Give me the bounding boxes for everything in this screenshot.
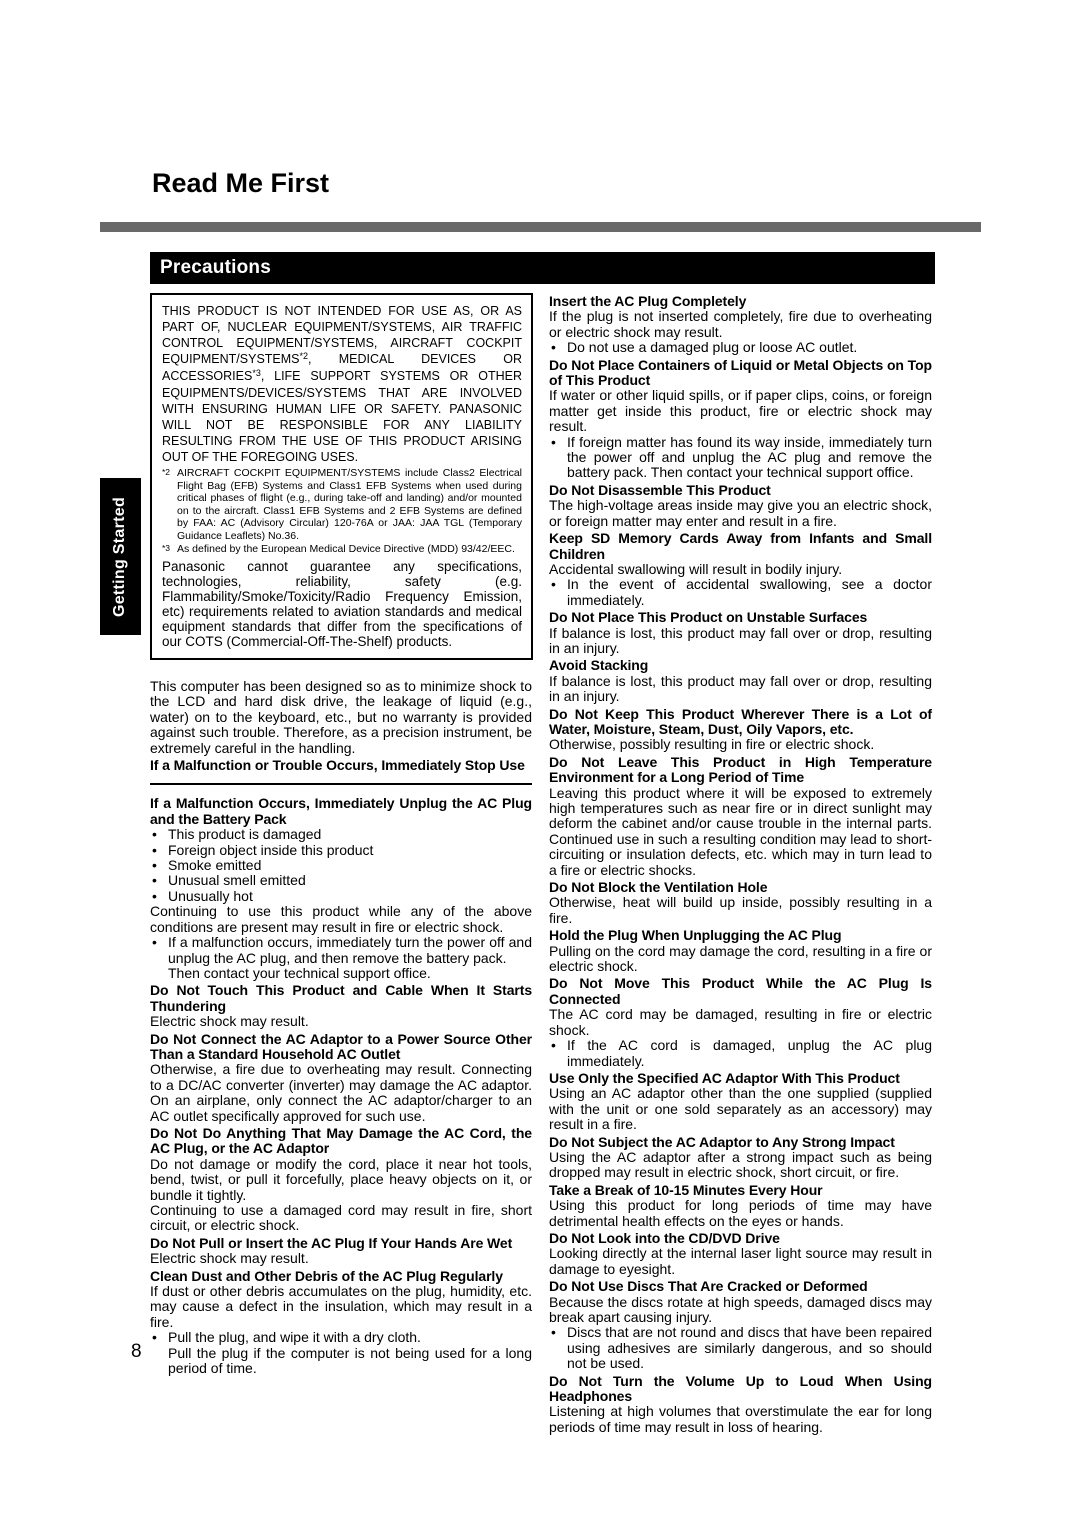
body-paragraph: Continuing to use this product while any… xyxy=(150,904,532,935)
precaution-heading: Do Not Connect the AC Adaptor to a Power… xyxy=(150,1032,532,1063)
bullet-glyph: • xyxy=(150,843,168,858)
footnote-3-text: As defined by the European Medical Devic… xyxy=(177,543,515,555)
footnote-2: *2AIRCRAFT COCKPIT EQUIPMENT/SYSTEMS inc… xyxy=(162,467,522,542)
precaution-heading: Clean Dust and Other Debris of the AC Pl… xyxy=(150,1269,532,1284)
bullet-glyph: • xyxy=(549,1325,567,1371)
bullet-text: Pull the plug, and wipe it with a dry cl… xyxy=(168,1330,532,1376)
page-title: Read Me First xyxy=(152,168,329,199)
precaution-heading: If a Malfunction or Trouble Occurs, Imme… xyxy=(150,758,532,773)
body-paragraph: Do not damage or modify the cord, place … xyxy=(150,1157,532,1203)
title-divider-rule xyxy=(100,222,981,232)
precaution-heading: Do Not Do Anything That May Damage the A… xyxy=(150,1126,532,1157)
bullet-text: If the AC cord is damaged, unplug the AC… xyxy=(567,1038,932,1069)
bullet-list: •If foreign matter has found its way ins… xyxy=(549,435,932,481)
bullet-glyph: • xyxy=(150,827,168,842)
body-paragraph: Leaving this product where it will be ex… xyxy=(549,786,932,878)
footnote-3-marker: *3 xyxy=(162,542,177,555)
precaution-heading: Do Not Use Discs That Are Cracked or Def… xyxy=(549,1279,932,1294)
bullet-text: Do not use a damaged plug or loose AC ou… xyxy=(567,340,932,355)
bullet-glyph: • xyxy=(549,435,567,481)
bullet-item: •This product is damaged xyxy=(150,827,532,842)
bullet-list: •This product is damaged•Foreign object … xyxy=(150,827,532,904)
chapter-tab-label: Getting Started xyxy=(112,496,130,616)
bullet-glyph: • xyxy=(150,873,168,888)
body-paragraph: Listening at high volumes that overstimu… xyxy=(549,1404,932,1435)
section-header-bar: Precautions xyxy=(150,252,935,284)
precaution-heading: Do Not Place Containers of Liquid or Met… xyxy=(549,358,932,389)
bullet-item: •If the AC cord is damaged, unplug the A… xyxy=(549,1038,932,1069)
bullet-item: •Smoke emitted xyxy=(150,858,532,873)
body-paragraph: Pulling on the cord may damage the cord,… xyxy=(549,944,932,975)
bullet-glyph: • xyxy=(150,1330,168,1376)
bullet-item: •Pull the plug, and wipe it with a dry c… xyxy=(150,1330,532,1376)
precaution-heading: Do Not Pull or Insert the AC Plug If You… xyxy=(150,1236,532,1251)
bullet-text: This product is damaged xyxy=(168,827,532,842)
body-paragraph: Otherwise, heat will build up inside, po… xyxy=(549,895,932,926)
body-paragraph: The AC cord may be damaged, resulting in… xyxy=(549,1007,932,1038)
body-paragraph: Electric shock may result. xyxy=(150,1251,532,1266)
bullet-text: If foreign matter has found its way insi… xyxy=(567,435,932,481)
body-paragraph: This computer has been designed so as to… xyxy=(150,679,532,756)
bullet-glyph: • xyxy=(549,1038,567,1069)
bullet-text: Discs that are not round and discs that … xyxy=(567,1325,932,1371)
footnote-2-marker: *2 xyxy=(162,466,177,479)
manual-page: Read Me First Precautions Getting Starte… xyxy=(0,0,1080,1528)
bullet-glyph: • xyxy=(150,858,168,873)
bullet-list: •Pull the plug, and wipe it with a dry c… xyxy=(150,1330,532,1376)
left-column: This computer has been designed so as to… xyxy=(150,679,532,1376)
bullet-text: In the event of accidental swallowing, s… xyxy=(567,577,932,608)
section-divider-rule xyxy=(150,783,532,785)
body-paragraph: If balance is lost, this product may fal… xyxy=(549,626,932,657)
chapter-tab-getting-started: Getting Started xyxy=(100,478,141,635)
bullet-item: •Unusual smell emitted xyxy=(150,873,532,888)
bullet-item: •Do not use a damaged plug or loose AC o… xyxy=(549,340,932,355)
precaution-heading: Do Not Place This Product on Unstable Su… xyxy=(549,610,932,625)
page-number: 8 xyxy=(131,1341,142,1363)
body-paragraph: Electric shock may result. xyxy=(150,1014,532,1029)
footnote-ref-2: *2 xyxy=(300,351,309,361)
section-header-label: Precautions xyxy=(150,257,271,279)
precaution-heading: Use Only the Specified AC Adaptor With T… xyxy=(549,1071,932,1086)
precaution-heading: Do Not Keep This Product Wherever There … xyxy=(549,707,932,738)
body-paragraph: Otherwise, a fire due to overheating may… xyxy=(150,1062,532,1124)
bullet-text: Smoke emitted xyxy=(168,858,532,873)
body-paragraph: Continuing to use a damaged cord may res… xyxy=(150,1203,532,1234)
precaution-heading: Do Not Disassemble This Product xyxy=(549,483,932,498)
bullet-glyph: • xyxy=(549,340,567,355)
precaution-heading: Take a Break of 10-15 Minutes Every Hour xyxy=(549,1183,932,1198)
bullet-list: •In the event of accidental swallowing, … xyxy=(549,577,932,608)
body-paragraph: Looking directly at the internal laser l… xyxy=(549,1246,932,1277)
precaution-heading: Hold the Plug When Unplugging the AC Plu… xyxy=(549,928,932,943)
bullet-item: •Discs that are not round and discs that… xyxy=(549,1325,932,1371)
body-paragraph: If water or other liquid spills, or if p… xyxy=(549,388,932,434)
body-paragraph: If balance is lost, this product may fal… xyxy=(549,674,932,705)
bullet-glyph: • xyxy=(549,577,567,608)
precaution-heading: Do Not Subject the AC Adaptor to Any Str… xyxy=(549,1135,932,1150)
bullet-item: •In the event of accidental swallowing, … xyxy=(549,577,932,608)
footnote-3: *3As defined by the European Medical Dev… xyxy=(162,543,522,556)
bullet-glyph: • xyxy=(150,889,168,904)
notice-closing-paragraph: Panasonic cannot guarantee any specifica… xyxy=(162,559,522,649)
body-paragraph: Accidental swallowing will result in bod… xyxy=(549,562,932,577)
bullet-item: •Foreign object inside this product xyxy=(150,843,532,858)
precaution-heading: Do Not Leave This Product in High Temper… xyxy=(549,755,932,786)
precaution-heading: Do Not Look into the CD/DVD Drive xyxy=(549,1231,932,1246)
bullet-item: •If foreign matter has found its way ins… xyxy=(549,435,932,481)
precaution-heading: Insert the AC Plug Completely xyxy=(549,294,932,309)
precaution-heading: Do Not Touch This Product and Cable When… xyxy=(150,983,532,1014)
body-paragraph: Using the AC adaptor after a strong impa… xyxy=(549,1150,932,1181)
bullet-text: Unusually hot xyxy=(168,889,532,904)
body-paragraph: Using an AC adaptor other than the one s… xyxy=(549,1086,932,1132)
body-paragraph: Otherwise, possibly resulting in fire or… xyxy=(549,737,932,752)
precaution-heading: If a Malfunction Occurs, Immediately Unp… xyxy=(150,796,532,827)
body-paragraph: If dust or other debris accumulates on t… xyxy=(150,1284,532,1330)
bullet-item: •Unusually hot xyxy=(150,889,532,904)
body-paragraph: Using this product for long periods of t… xyxy=(549,1198,932,1229)
right-column: Insert the AC Plug CompletelyIf the plug… xyxy=(549,292,932,1435)
notice-caps-text-3: , LIFE SUPPORT SYSTEMS OR OTHER EQUIPMEN… xyxy=(162,369,522,464)
body-paragraph: If the plug is not inserted completely, … xyxy=(549,309,932,340)
precaution-heading: Do Not Turn the Volume Up to Loud When U… xyxy=(549,1374,932,1405)
bullet-text: Unusual smell emitted xyxy=(168,873,532,888)
precaution-heading: Do Not Move This Product While the AC Pl… xyxy=(549,976,932,1007)
precaution-heading: Keep SD Memory Cards Away from Infants a… xyxy=(549,531,932,562)
bullet-list: •Do not use a damaged plug or loose AC o… xyxy=(549,340,932,355)
bullet-item: •If a malfunction occurs, immediately tu… xyxy=(150,935,532,981)
bullet-text: Foreign object inside this product xyxy=(168,843,532,858)
bullet-list: •If the AC cord is damaged, unplug the A… xyxy=(549,1038,932,1069)
precaution-heading: Do Not Block the Ventilation Hole xyxy=(549,880,932,895)
body-paragraph: The high-voltage areas inside may give y… xyxy=(549,498,932,529)
precaution-heading: Avoid Stacking xyxy=(549,658,932,673)
body-paragraph: Because the discs rotate at high speeds,… xyxy=(549,1295,932,1326)
bullet-glyph: • xyxy=(150,935,168,981)
bullet-text: If a malfunction occurs, immediately tur… xyxy=(168,935,532,981)
bullet-list: •If a malfunction occurs, immediately tu… xyxy=(150,935,532,981)
footnote-2-text: AIRCRAFT COCKPIT EQUIPMENT/SYSTEMS inclu… xyxy=(177,467,522,542)
notice-caps-paragraph: THIS PRODUCT IS NOT INTENDED FOR USE AS,… xyxy=(162,303,522,465)
footnote-ref-3: *3 xyxy=(252,368,261,378)
bullet-list: •Discs that are not round and discs that… xyxy=(549,1325,932,1371)
liability-notice-box: THIS PRODUCT IS NOT INTENDED FOR USE AS,… xyxy=(150,293,533,660)
